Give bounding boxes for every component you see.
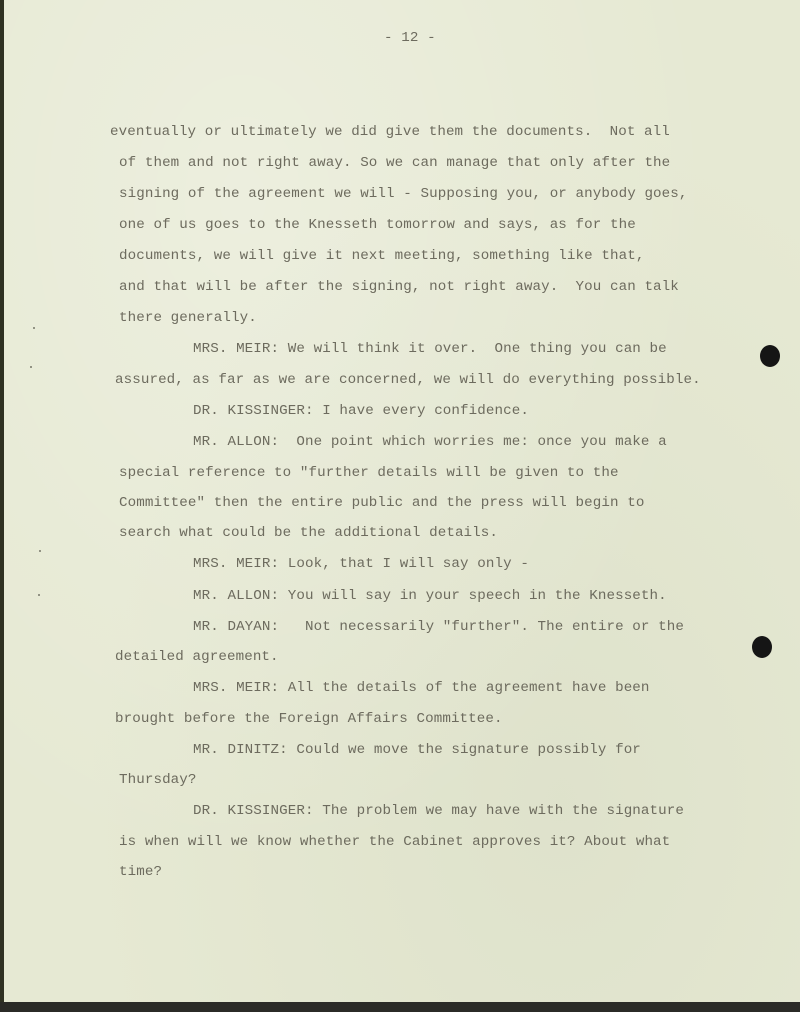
paper-speck — [38, 594, 40, 596]
text-line: eventually or ultimately we did give the… — [110, 124, 670, 140]
text-line: MRS. MEIR: Look, that I will say only - — [193, 556, 529, 572]
paper-speck — [33, 327, 35, 329]
document-page: - 12 - eventually or ultimately we did g… — [4, 0, 800, 1002]
text-line: Thursday? — [119, 772, 197, 788]
text-line: Committee" then the entire public and th… — [119, 495, 644, 511]
text-line: search what could be the additional deta… — [119, 525, 498, 541]
text-line: MRS. MEIR: We will think it over. One th… — [193, 341, 667, 357]
text-line: MR. DINITZ: Could we move the signature … — [193, 742, 641, 758]
scan-border-left — [0, 0, 4, 1012]
text-line: there generally. — [119, 310, 257, 326]
text-line: one of us goes to the Knesseth tomorrow … — [119, 217, 636, 233]
text-line: signing of the agreement we will - Suppo… — [119, 186, 688, 202]
paper-speck — [39, 550, 41, 552]
text-line: documents, we will give it next meeting,… — [119, 248, 644, 264]
text-line: and that will be after the signing, not … — [119, 279, 679, 295]
text-line: brought before the Foreign Affairs Commi… — [115, 711, 503, 727]
text-line: special reference to "further details wi… — [119, 465, 619, 481]
page-number: - 12 - — [384, 30, 436, 46]
binder-hole-top — [760, 345, 780, 367]
text-line: time? — [119, 864, 162, 880]
text-line: DR. KISSINGER: The problem we may have w… — [193, 803, 684, 819]
text-line: MR. DAYAN: Not necessarily "further". Th… — [193, 619, 684, 635]
text-line: MR. ALLON: You will say in your speech i… — [193, 588, 667, 604]
scan-border-bottom — [0, 1002, 800, 1012]
text-line: MR. ALLON: One point which worries me: o… — [193, 434, 667, 450]
paper-speck — [30, 366, 32, 368]
text-line: is when will we know whether the Cabinet… — [119, 834, 670, 850]
text-line: of them and not right away. So we can ma… — [119, 155, 670, 171]
text-line: MRS. MEIR: All the details of the agreem… — [193, 680, 650, 696]
binder-hole-bottom — [752, 636, 772, 658]
text-line: assured, as far as we are concerned, we … — [115, 372, 701, 388]
text-line: DR. KISSINGER: I have every confidence. — [193, 403, 529, 419]
text-line: detailed agreement. — [115, 649, 279, 665]
